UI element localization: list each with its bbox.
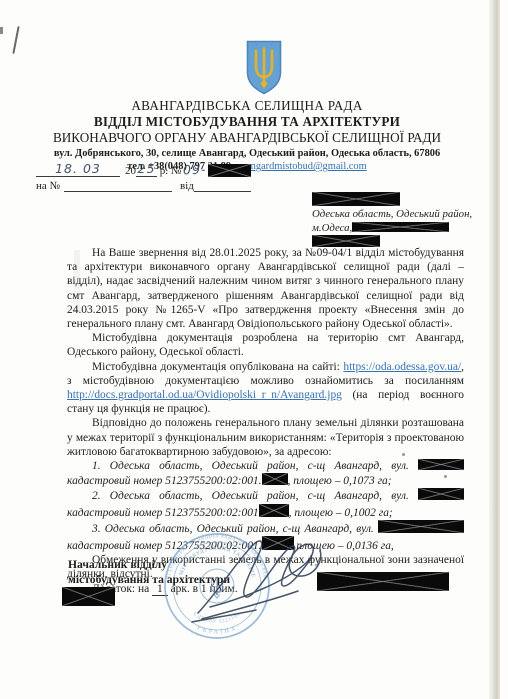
- parcel-1-address: 1. Одеська область, Одеський район, с-щ …: [92, 460, 418, 472]
- postal-address: вул. Добрянського, 30, селище Авангард, …: [0, 148, 494, 160]
- addressee-city: м.Одеса,: [312, 222, 352, 234]
- handwritten-signature: [178, 527, 348, 637]
- redaction-parcel-2-number: [259, 504, 289, 517]
- redaction-signer-left: [62, 587, 115, 606]
- incoming-number-underline: [64, 191, 172, 192]
- paragraph-functional-use: Відповідно до положень генерального план…: [67, 416, 464, 459]
- handwritten-date: 18. 03: [55, 161, 101, 176]
- date-underline: 18. 03: [36, 161, 120, 177]
- date-row: 18. 03 20 25 р. № 09-: [36, 160, 266, 177]
- redaction-outgoing-number: [208, 164, 251, 177]
- pen-mark: [12, 26, 19, 54]
- reference-block: 18. 03 20 25 р. № 09- на № від: [36, 160, 266, 192]
- publication-text: Містобудівна документація опублікована н…: [92, 361, 343, 373]
- addressee-block: Одеська область, Одеський район, м.Одеса…: [312, 192, 478, 247]
- department-name: ВІДДІЛ МІСТОБУДУВАННЯ ТА АРХІТЕКТУРИ: [0, 115, 494, 130]
- redaction-parcel-2-street: [418, 488, 464, 500]
- redaction-parcel-3-street: [378, 520, 464, 533]
- redaction-addressee-street: [352, 222, 449, 232]
- paragraph-publication: Містобудівна документація опублікована н…: [67, 360, 464, 417]
- addressee-region: Одеська область, Одеський район,: [312, 208, 478, 220]
- scanned-document-page: АВАНГАРДІВСЬКА СЕЛИЩНА РАДА ВІДДІЛ МІСТО…: [0, 0, 508, 699]
- parcel-item-2: 2. Одеська область, Одеський район, с-щ …: [67, 488, 464, 519]
- year-prefix: 20: [125, 165, 136, 177]
- incoming-from-label: від: [180, 180, 194, 192]
- parcel-2-area: , площею – 0,1002 га;: [289, 507, 393, 519]
- council-name: АВАНГАРДІВСЬКА СЕЛИЩНА РАДА: [0, 99, 494, 114]
- addressee-city-line: м.Одеса,: [312, 222, 478, 234]
- handwritten-number: 09-: [183, 162, 207, 178]
- year-underline: 25: [136, 161, 157, 177]
- redaction-parcel-1-number: [262, 473, 288, 485]
- oda-odessa-link[interactable]: https://oda.odessa.gov.ua/: [343, 361, 461, 373]
- paragraph-response: На Ваше звернення від 28.01.2025 року, з…: [67, 246, 464, 331]
- redaction-addressee-name: [312, 192, 400, 206]
- incoming-date-underline: [194, 191, 251, 192]
- parcel-2-cadastre: кадастровий номер 5123755200:02:001: [67, 507, 259, 519]
- scan-speck: [0, 27, 3, 34]
- ukraine-trident-emblem-icon: [245, 40, 283, 101]
- parcel-item-1: 1. Одеська область, Одеський район, с-щ …: [67, 459, 464, 488]
- paragraph-documentation-territory: Містобудівна документація розроблена на …: [67, 331, 464, 359]
- parcel-1-cadastre: кадастровий номер 5123755200:02:001.: [67, 475, 262, 487]
- parcel-2-address: 2. Одеська область, Одеський район, с-щ …: [92, 490, 418, 502]
- handwritten-year: 25: [138, 161, 156, 176]
- number-label: р. №: [157, 165, 181, 177]
- incoming-row: на № від: [36, 177, 266, 192]
- redaction-parcel-1-street: [418, 459, 464, 470]
- incoming-label: на №: [36, 180, 60, 192]
- organ-name: ВИКОНАВЧОГО ОРГАНУ АВАНГАРДІВСЬКОЇ СЕЛИЩ…: [0, 131, 494, 146]
- parcel-1-area: , площею – 0,1073 га;: [288, 475, 392, 487]
- gradportal-link[interactable]: http://docs.gradportal.od.ua/Ovidiopolsk…: [67, 389, 342, 401]
